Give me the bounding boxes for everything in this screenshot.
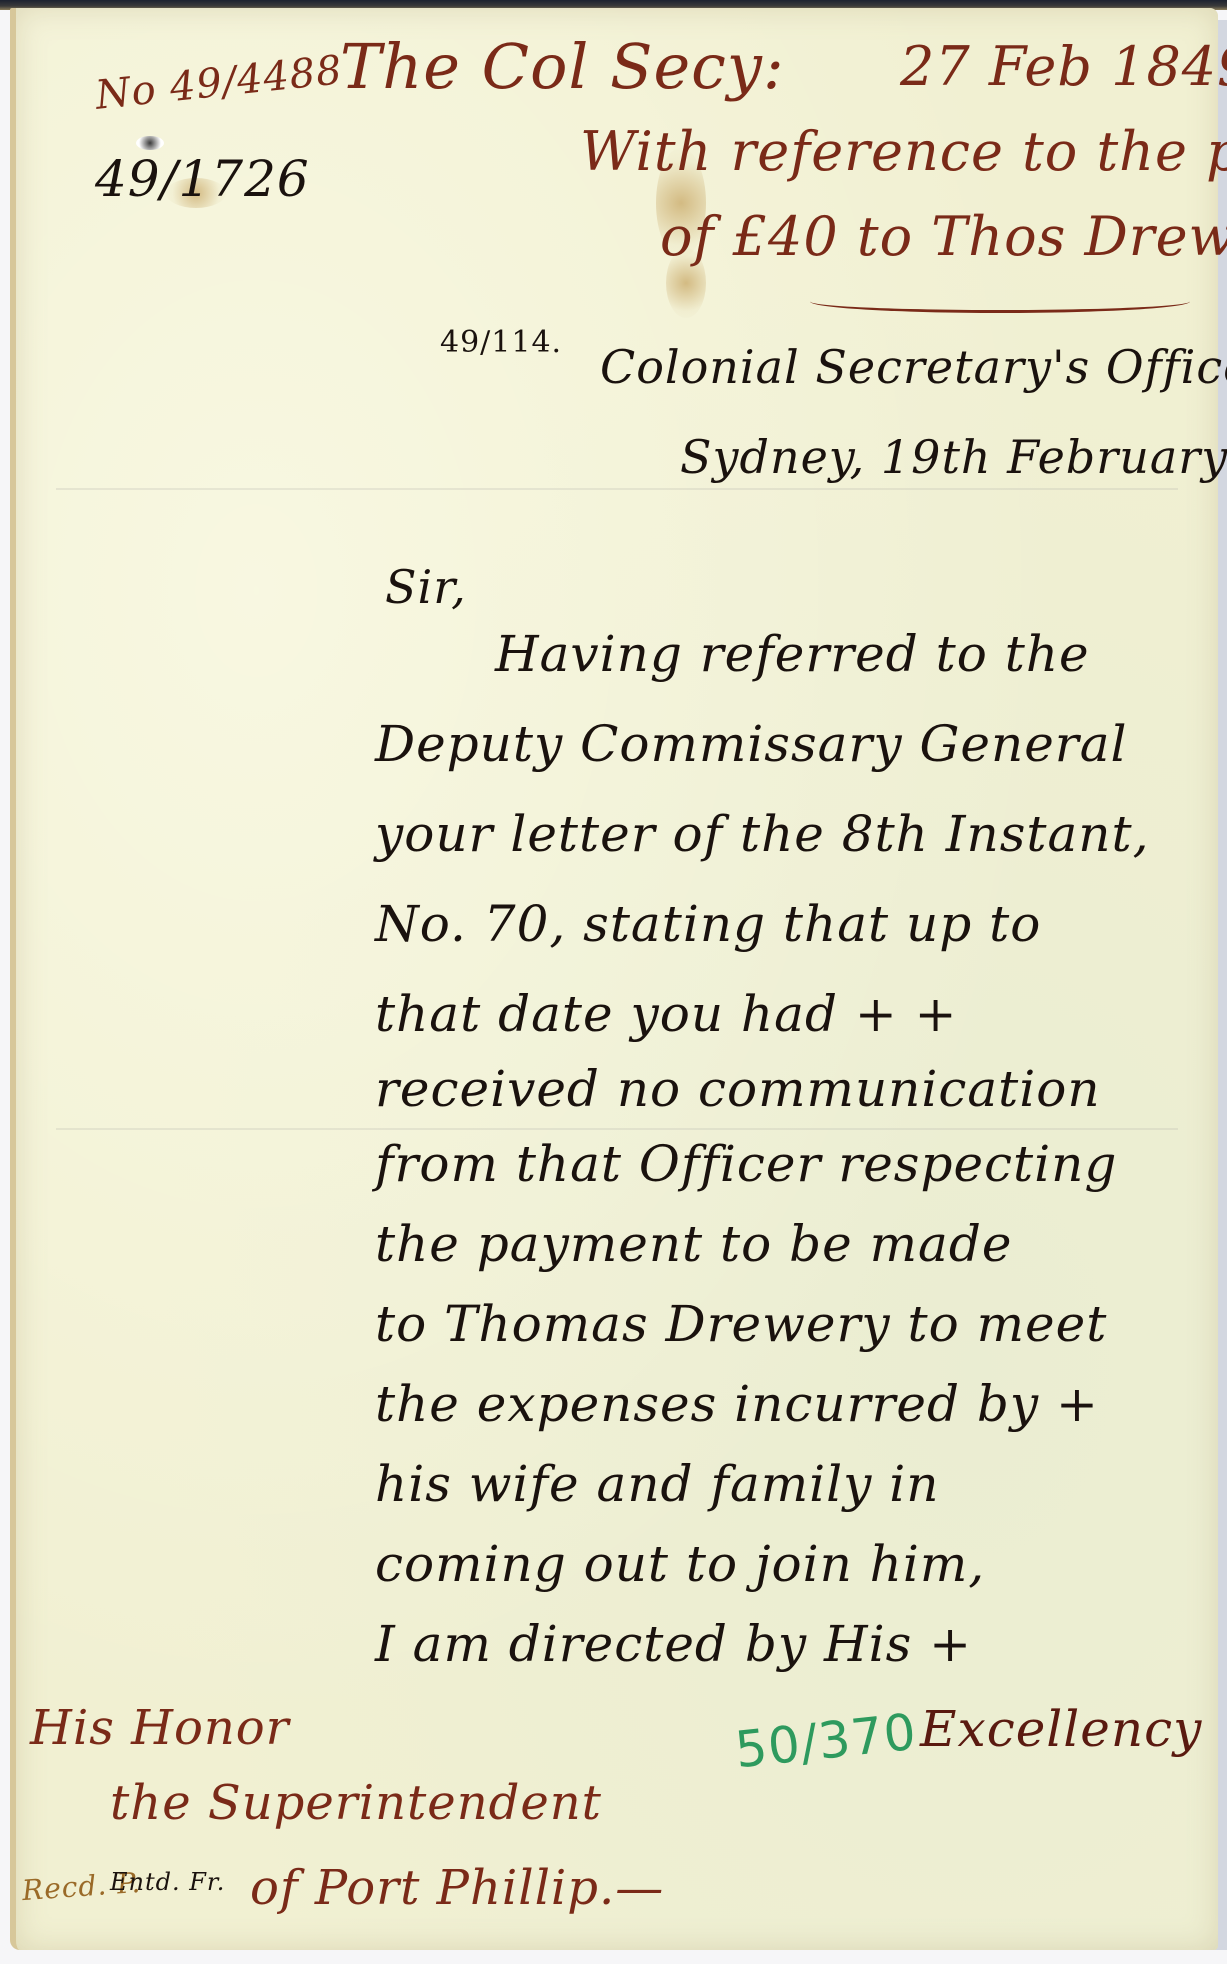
salutation: Sir, (385, 560, 467, 614)
docket-file-number: 49/1726 (95, 150, 310, 208)
body-line: your letter of the 8th Instant, (375, 805, 1149, 863)
docket-underline-swash (810, 290, 1190, 313)
body-line: Excellency (920, 1700, 1202, 1758)
body-line: from that Officer respecting (375, 1135, 1117, 1193)
docket-date: 27 Feb 1849. (900, 35, 1227, 98)
body-line: his wife and family in (375, 1455, 939, 1513)
recipient-line-1: His Honor (30, 1700, 290, 1756)
recipient-line-2: the Superintendent (110, 1775, 602, 1831)
recipient-line-3: of Port Phillip.— (250, 1860, 664, 1916)
paper-fold-line (56, 488, 1178, 490)
body-line: Deputy Commissary General (375, 715, 1128, 773)
body-line: coming out to join him, (375, 1535, 985, 1593)
paper-hole (136, 136, 164, 150)
body-line: No. 70, stating that up to (375, 895, 1041, 953)
paper-fold-line (56, 1128, 1178, 1130)
sender-address-line-2: Sydney, 19th February 1849. (680, 430, 1227, 484)
docket-addressee-header: The Col Secy: (340, 30, 785, 103)
sender-address-line-1: Colonial Secretary's Office (600, 340, 1227, 394)
body-line: Having referred to the (495, 625, 1090, 683)
letter-number: 49/114. (440, 325, 562, 360)
docket-subject-line-2: of £40 to Thos Drewery (660, 205, 1227, 268)
scanned-document: No 49/4488 49/1726 The Col Secy: 27 Feb … (0, 0, 1227, 1964)
body-line: to Thomas Drewery to meet (375, 1295, 1107, 1353)
body-line: received no communication (375, 1060, 1101, 1118)
body-line: I am directed by His + (375, 1615, 972, 1673)
body-line: that date you had + + (375, 985, 958, 1043)
body-line: the expenses incurred by + (375, 1375, 1099, 1433)
docket-subject-line-1: With reference to the payt (580, 120, 1227, 183)
marginal-note-entered: Entd. Fr. (110, 1868, 225, 1896)
body-line: the payment to be made (375, 1215, 1012, 1273)
